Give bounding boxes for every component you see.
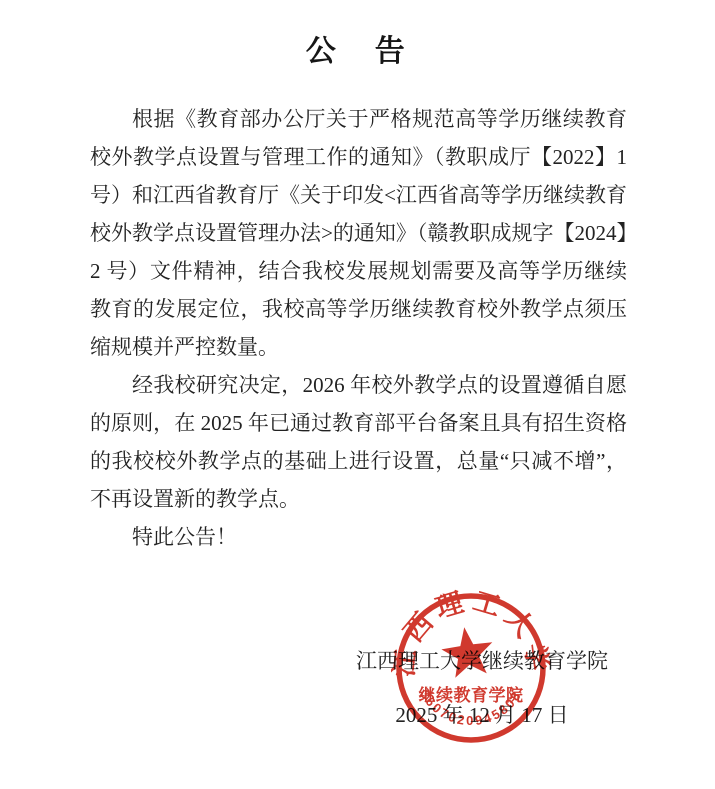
signature-date: 2025 年 12 月 17 日 (312, 701, 652, 729)
paragraph-closing: 特此公告！ (90, 518, 627, 556)
page-title: 公 告 (0, 26, 715, 70)
announcement-page: 公 告 根据《教育部办公厅关于严格规范高等学历继续教育校外教学点设置与管理工作的… (0, 0, 715, 789)
paragraph-decision: 经我校研究决定，2026 年校外教学点的设置遵循自愿的原则，在 2025 年已通… (90, 366, 627, 518)
announcement-body: 根据《教育部办公厅关于严格规范高等学历继续教育校外教学点设置与管理工作的通知》（… (90, 100, 627, 556)
signature-organization: 江西理工大学继续教育学院 (312, 647, 652, 675)
paragraph-basis: 根据《教育部办公厅关于严格规范高等学历继续教育校外教学点设置与管理工作的通知》（… (90, 100, 627, 366)
signature-block: 江西理工大学继续教育学院 2025 年 12 月 17 日 (312, 647, 652, 729)
